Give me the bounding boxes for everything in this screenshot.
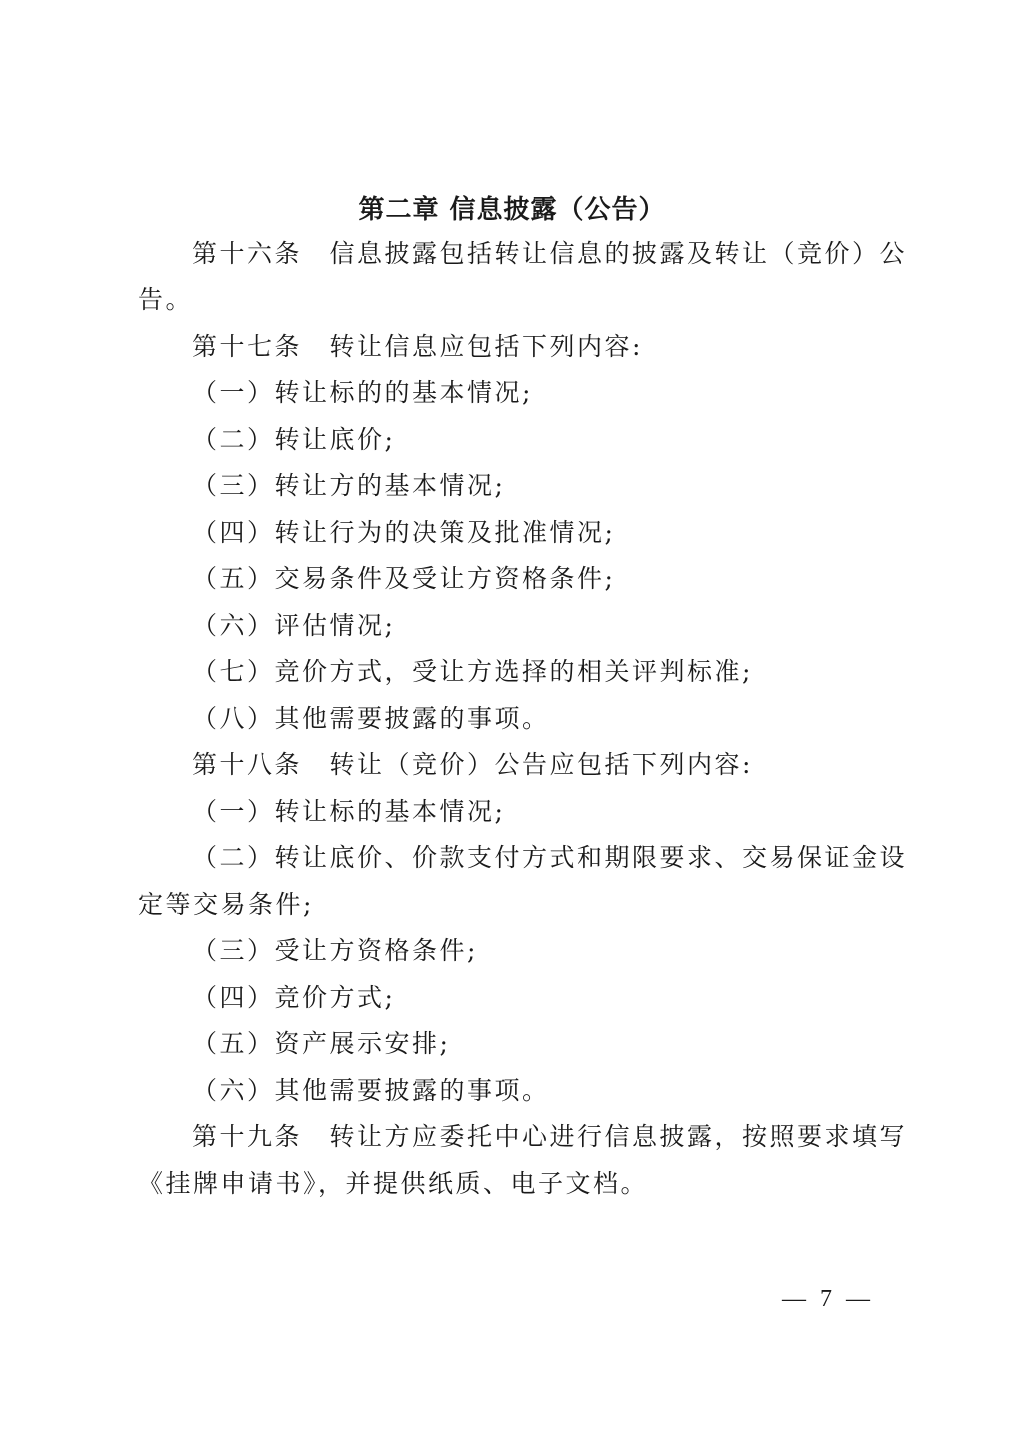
text-line: （八）其他需要披露的事项。 [192, 703, 550, 735]
page-number: — 7 — [782, 1286, 874, 1313]
text-line: （五）交易条件及受让方资格条件; [192, 563, 615, 595]
text-line: （七）竞价方式，受让方选择的相关评判标准; [192, 656, 753, 688]
text-line: （二）转让底价; [192, 424, 395, 456]
text-line: 定等交易条件; [138, 889, 314, 921]
chapter-title: 第二章 信息披露（公告） [0, 189, 1024, 226]
text-line: 第十八条 转让（竞价）公告应包括下列内容: [192, 749, 753, 781]
document-page: 第二章 信息披露（公告） 第十六条 信息披露包括转让信息的披露及转让（竞价）公告… [0, 0, 1024, 1448]
text-line: （四）竞价方式; [192, 982, 395, 1014]
text-line: 《挂牌申请书》，并提供纸质、电子文档。 [138, 1168, 648, 1200]
text-line: 第十六条 信息披露包括转让信息的披露及转让（竞价）公 [192, 238, 907, 270]
text-line: （四）转让行为的决策及批准情况; [192, 517, 615, 549]
text-line: （六）评估情况; [192, 610, 395, 642]
text-line: （三）转让方的基本情况; [192, 470, 505, 502]
text-line: 告。 [138, 284, 193, 316]
text-line: 第十九条 转让方应委托中心进行信息披露，按照要求填写 [192, 1121, 907, 1153]
text-line: （一）转让标的基本情况; [192, 796, 505, 828]
text-line: （五）资产展示安排; [192, 1028, 450, 1060]
text-line: 第十七条 转让信息应包括下列内容: [192, 331, 643, 363]
text-line: （一）转让标的的基本情况; [192, 377, 533, 409]
text-line: （六）其他需要披露的事项。 [192, 1075, 550, 1107]
text-line: （二）转让底价、价款支付方式和期限要求、交易保证金设 [192, 842, 907, 874]
text-line: （三）受让方资格条件; [192, 935, 478, 967]
